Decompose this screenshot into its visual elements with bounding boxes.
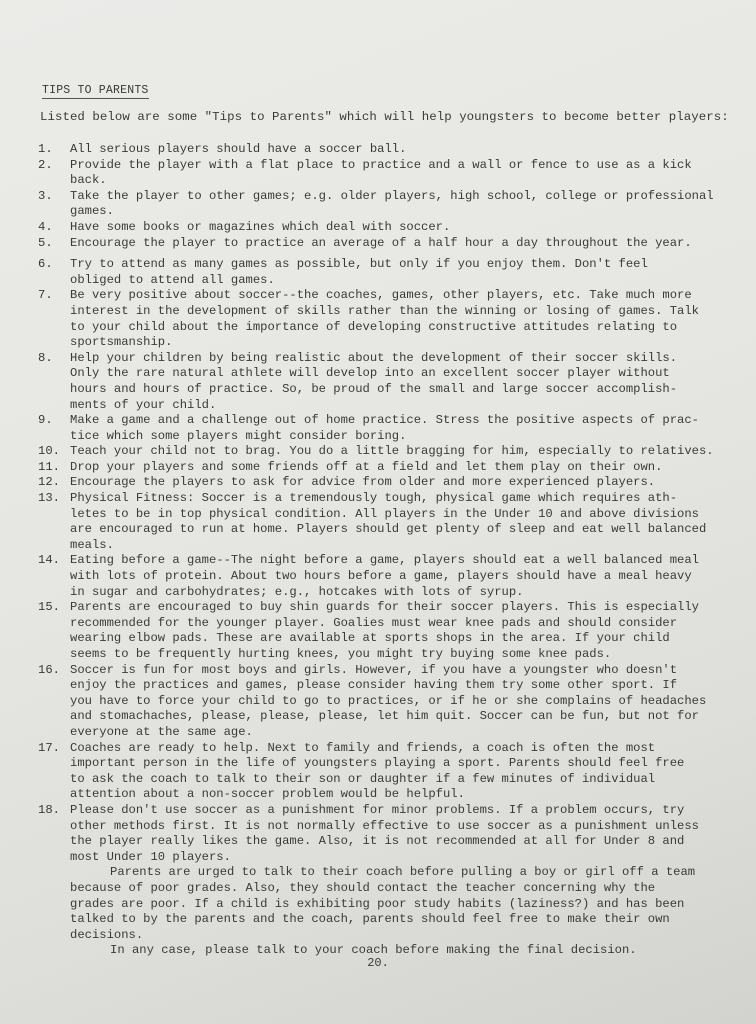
list-item: 17.Coaches are ready to help. Next to fa… <box>38 741 738 803</box>
list-item: 14.Eating before a game--The night befor… <box>38 553 738 600</box>
list-item: 15.Parents are encouraged to buy shin gu… <box>38 600 738 662</box>
list-item: 18.Please don't use soccer as a punishme… <box>38 803 738 865</box>
intro-text: Listed below are some "Tips to Parents" … <box>40 110 729 124</box>
list-item: 1.All serious players should have a socc… <box>38 142 738 158</box>
document-page: TIPS TO PARENTS Listed below are some "T… <box>0 0 756 1024</box>
list-item: 3.Take the player to other games; e.g. o… <box>38 189 738 220</box>
list-item: 11.Drop your players and some friends of… <box>38 460 738 476</box>
page-number: 20. <box>0 956 756 970</box>
list-item: 2.Provide the player with a flat place t… <box>38 158 738 189</box>
list-item: 8.Help your children by being realistic … <box>38 351 738 413</box>
list-item: 13.Physical Fitness: Soccer is a tremend… <box>38 491 738 553</box>
list-item: 16.Soccer is fun for most boys and girls… <box>38 663 738 741</box>
page-title: TIPS TO PARENTS <box>42 84 149 99</box>
list-item: 7.Be very positive about soccer--the coa… <box>38 288 738 350</box>
closing-paragraph: Parents are urged to talk to their coach… <box>70 865 738 943</box>
list-item: 5.Encourage the player to practice an av… <box>38 236 738 252</box>
list-item: 6.Try to attend as many games as possibl… <box>38 257 738 288</box>
list-item: 4.Have some books or magazines which dea… <box>38 220 738 236</box>
list-item: 12.Encourage the players to ask for advi… <box>38 475 738 491</box>
tips-list: 1.All serious players should have a socc… <box>38 142 738 959</box>
list-item: 9.Make a game and a challenge out of hom… <box>38 413 738 444</box>
list-item: 10.Teach your child not to brag. You do … <box>38 444 738 460</box>
